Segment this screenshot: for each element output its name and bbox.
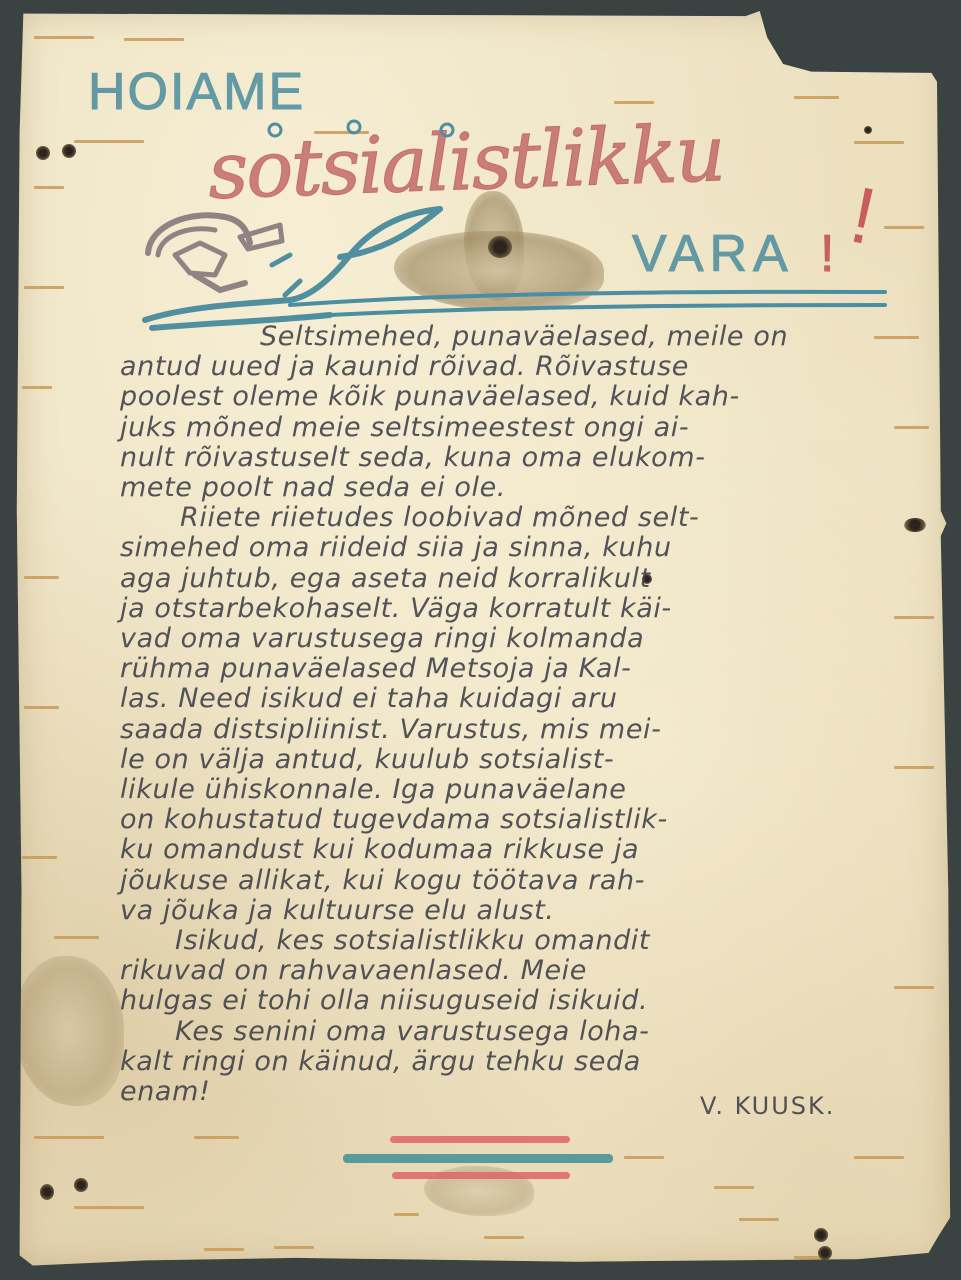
bark-lenticel: [894, 986, 934, 989]
text-line: le on välja antud, kuulub sotsialist-: [120, 745, 900, 775]
text-line: ku omandust kui kodumaa rikkuse ja: [120, 835, 900, 865]
text-line: rühma punaväelased Metsoja ja Kal-: [120, 654, 900, 684]
text-line: poolest oleme kõik punaväelased, kuid ka…: [120, 382, 900, 412]
red-stripe-bottom: [392, 1172, 570, 1179]
paragraph-2: Riiete riietudes loobivad mõned selt- si…: [120, 503, 900, 926]
blue-stripe: [343, 1154, 613, 1163]
bark-lenticel: [394, 1213, 419, 1216]
bark-lenticel: [484, 1236, 524, 1239]
text-line: on kohustatud tugevdama sotsialistlik-: [120, 805, 900, 835]
text-line: Seltsimehed, punaväelased, meile on: [120, 322, 900, 352]
text-line: likule ühiskonnale. Iga punaväelane: [120, 775, 900, 805]
bark-lenticel: [24, 576, 59, 579]
bark-lenticel: [74, 1206, 144, 1209]
red-stripe-top: [390, 1136, 570, 1143]
paragraph-3: Isikud, kes sotsialistlikku omandit riku…: [120, 926, 900, 1017]
text-line: kalt ringi on käinud, ärgu tehku seda: [120, 1047, 900, 1077]
text-line: las. Need isikud ei taha kuidagi aru: [120, 684, 900, 714]
bark-lenticel: [854, 141, 904, 144]
text-line: Riiete riietudes loobivad mõned selt-: [120, 503, 900, 533]
nail-hole: [62, 144, 76, 158]
nail-hole: [74, 1178, 88, 1192]
nail-hole: [818, 1246, 832, 1260]
signature: V. KUUSK.: [700, 1092, 835, 1120]
bark-lenticel: [22, 856, 57, 859]
bark-lenticel: [739, 1218, 779, 1221]
nail-hole: [864, 126, 872, 134]
nail-hole: [814, 1228, 828, 1242]
bark-lenticel: [54, 936, 99, 939]
nail-hole: [904, 518, 926, 532]
bark-lenticel: [204, 1248, 244, 1251]
text-line: simehed oma riideid siia ja sinna, kuhu: [120, 533, 900, 563]
hammer-sickle-emblem-icon: [130, 195, 910, 335]
bark-lenticel: [194, 1136, 239, 1139]
nail-hole: [40, 1184, 54, 1200]
text-line: Isikud, kes sotsialistlikku omandit: [120, 926, 900, 956]
text-line: hulgas ei tohi olla niisuguseid isikuid.: [120, 986, 900, 1016]
bark-lenticel: [894, 616, 934, 619]
bark-lenticel: [34, 36, 94, 39]
letter-body: Seltsimehed, punaväelased, meile on antu…: [120, 322, 900, 1107]
paragraph-1: Seltsimehed, punaväelased, meile on antu…: [120, 322, 900, 503]
bark-lenticel: [854, 1156, 904, 1159]
bark-lenticel: [894, 766, 934, 769]
text-line: ja otstarbekohaselt. Väga korratult käi-: [120, 594, 900, 624]
text-line: juks mõned meie seltsimeestest ongi ai-: [120, 413, 900, 443]
text-line: va jõuka ja kultuurse elu alust.: [120, 896, 900, 926]
bark-lenticel: [624, 1156, 664, 1159]
text-line: vad oma varustusega ringi kolmanda: [120, 624, 900, 654]
bark-damage: [14, 956, 124, 1106]
decorative-rings-icon: [260, 115, 560, 155]
text-line: Kes senini oma varustusega loha-: [120, 1017, 900, 1047]
text-line: nult rõivastuselt seda, kuna oma elukom-: [120, 443, 900, 473]
bark-lenticel: [74, 140, 144, 143]
text-line: jõukuse allikat, kui kogu töötava rah-: [120, 866, 900, 896]
header-hoiame: HOIAME: [88, 62, 305, 122]
text-line: rikuvad on rahvavaenlased. Meie: [120, 956, 900, 986]
text-line: mete poolt nad seda ei ole.: [120, 473, 900, 503]
bark-lenticel: [22, 386, 52, 389]
bark-lenticel: [124, 38, 184, 41]
text-line: saada distsipliinist. Varustus, mis mei-: [120, 715, 900, 745]
bark-lenticel: [714, 1186, 754, 1189]
bark-lenticel: [34, 1136, 104, 1139]
bark-lenticel: [34, 186, 64, 189]
bark-lenticel: [794, 96, 839, 99]
text-line: aga juhtub, ega aseta neid korralikult: [120, 564, 900, 594]
nail-hole: [36, 146, 50, 160]
bark-lenticel: [24, 286, 64, 289]
text-line: antud uued ja kaunid rõivad. Rõivastuse: [120, 352, 900, 382]
bark-lenticel: [24, 706, 59, 709]
bark-lenticel: [274, 1246, 314, 1249]
bark-lenticel: [614, 101, 654, 104]
